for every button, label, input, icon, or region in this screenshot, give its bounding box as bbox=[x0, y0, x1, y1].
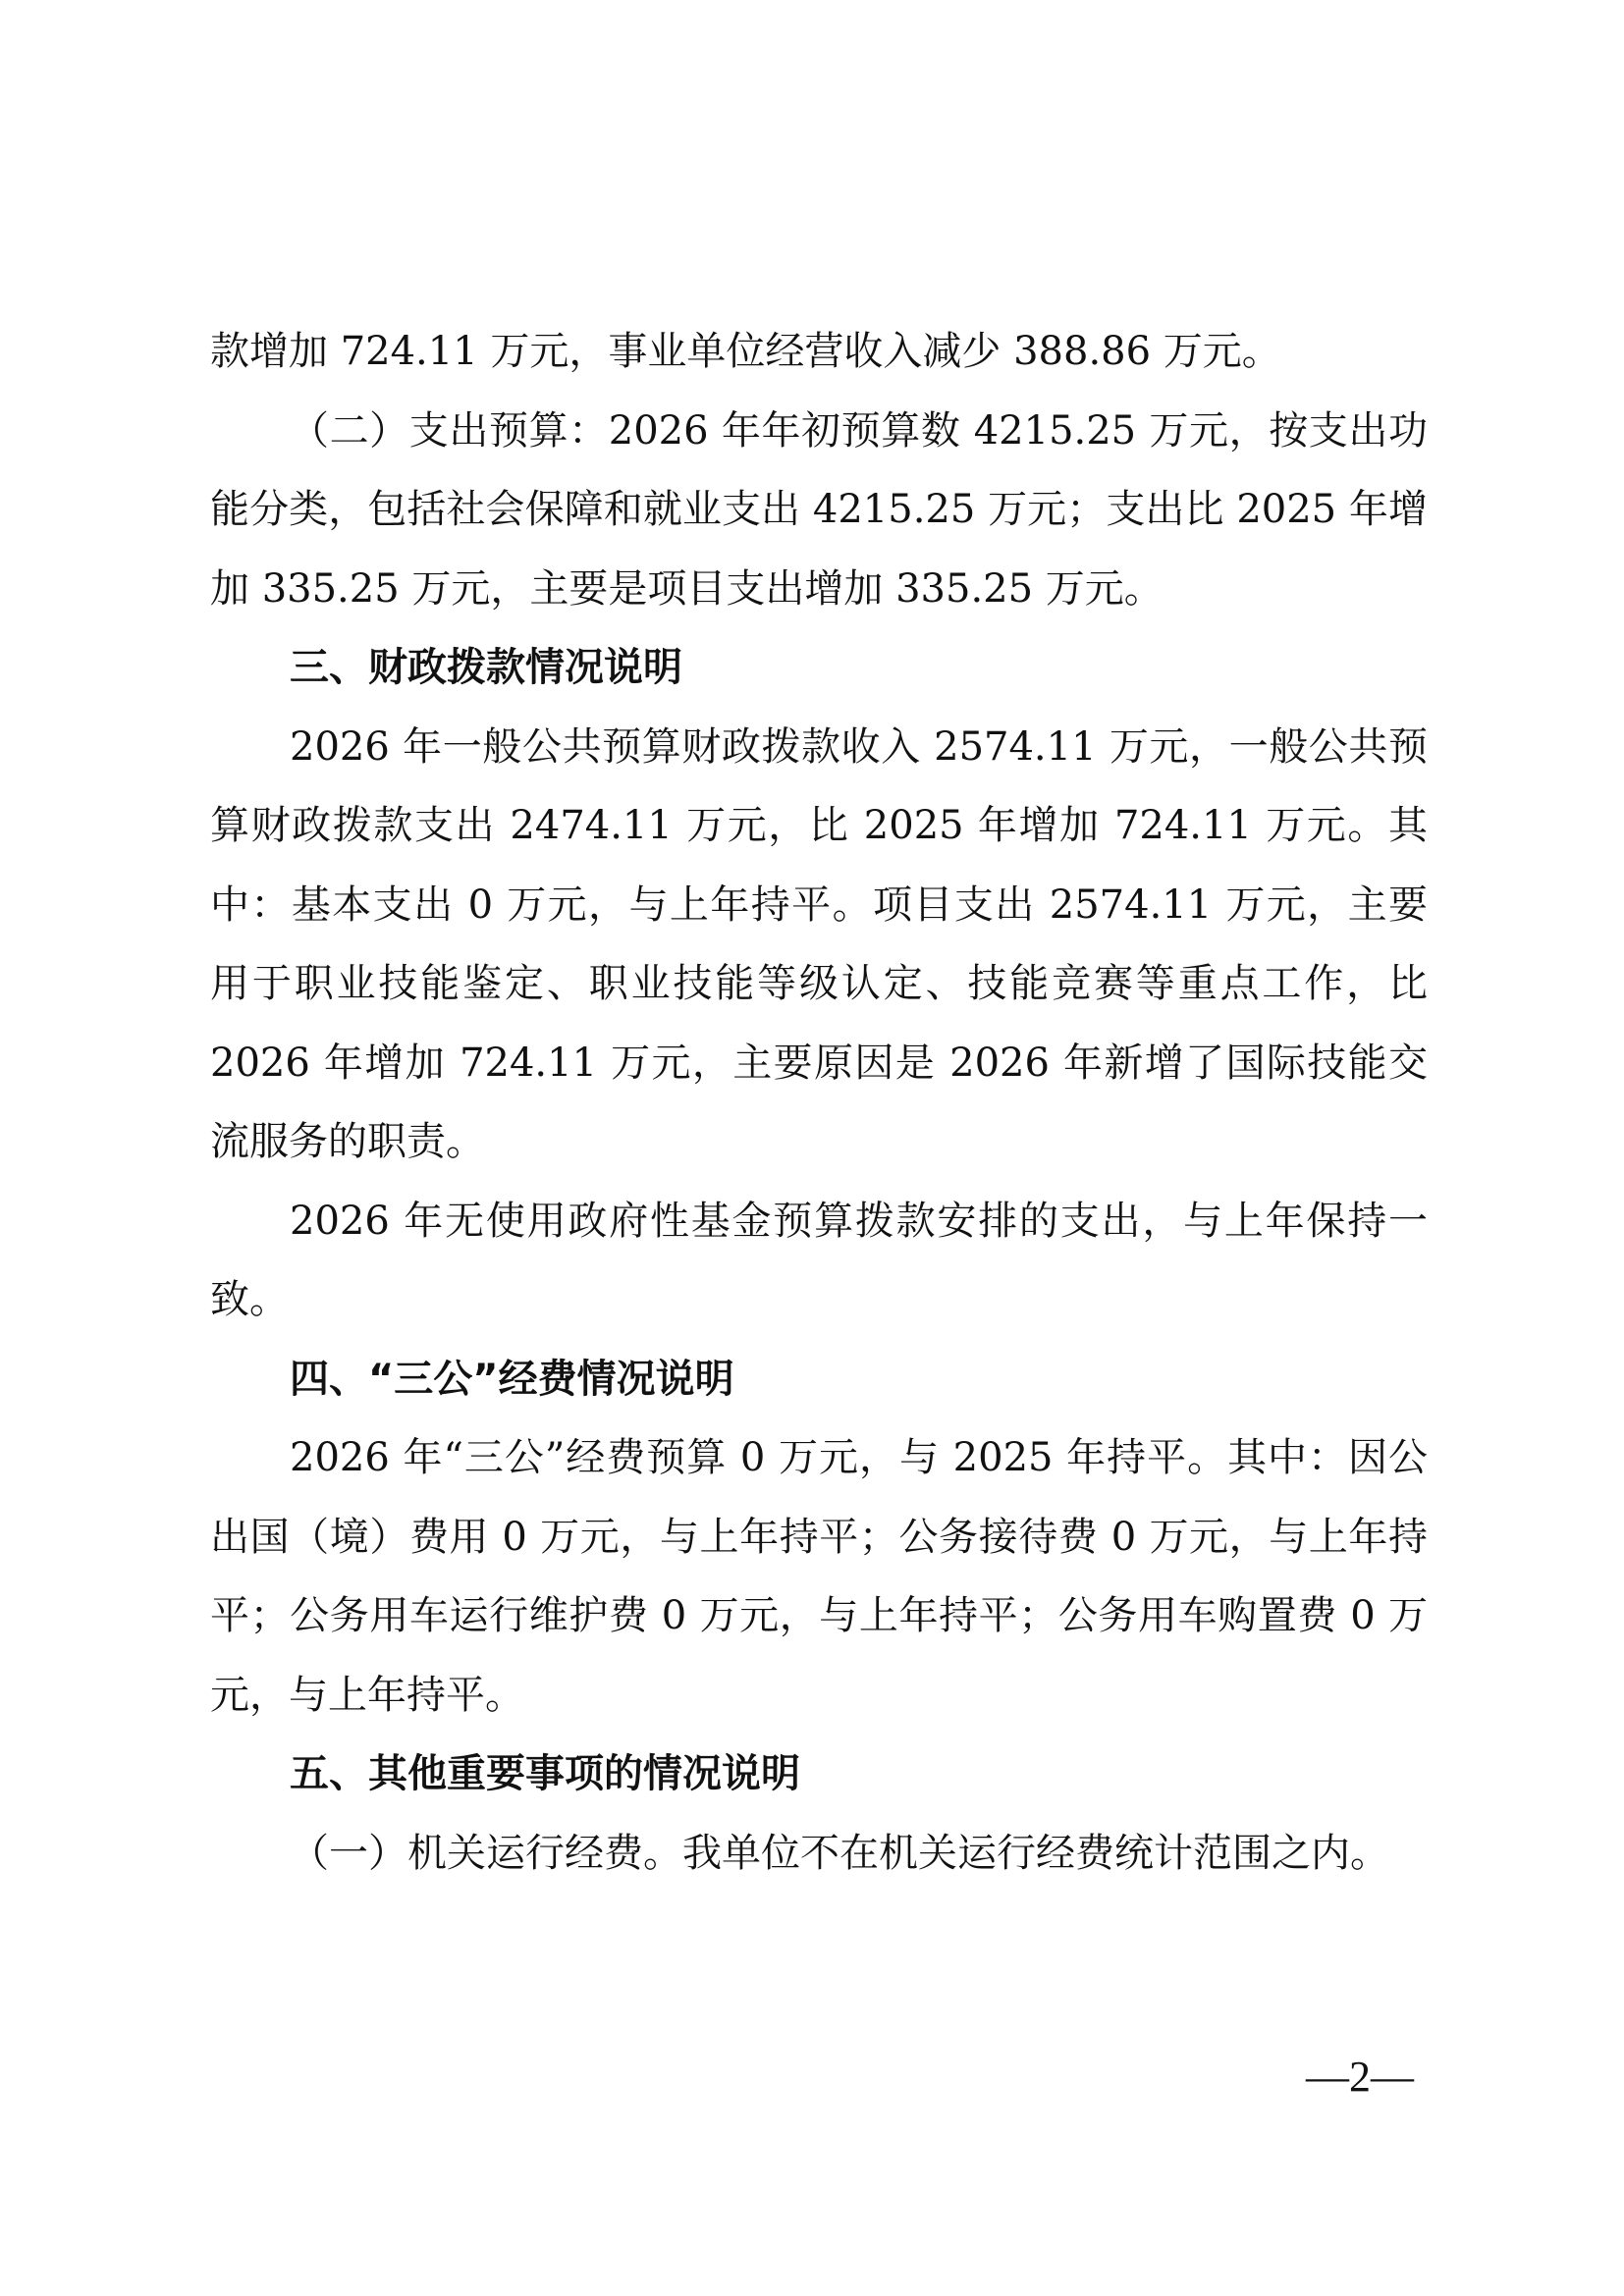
section-heading-other-matters: 五、其他重要事项的情况说明 bbox=[210, 1735, 1428, 1814]
paragraph-three-public-expenses: 2026 年“三公”经费预算 0 万元，与 2025 年持平。其中：因公出国（境… bbox=[210, 1418, 1428, 1735]
paragraph-expenditure-budget: （二）支出预算：2026 年年初预算数 4215.25 万元，按支出功能分类，包… bbox=[210, 392, 1428, 629]
document-body: 款增加 724.11 万元，事业单位经营收入减少 388.86 万元。 （二）支… bbox=[210, 312, 1428, 1893]
section-heading-fiscal-appropriation: 三、财政拨款情况说明 bbox=[210, 628, 1428, 708]
paragraph-income-continued: 款增加 724.11 万元，事业单位经营收入减少 388.86 万元。 bbox=[210, 312, 1428, 392]
paragraph-general-public-budget: 2026 年一般公共预算财政拨款收入 2574.11 万元，一般公共预算财政拨款… bbox=[210, 708, 1428, 1182]
paragraph-operating-expenses: （一）机关运行经费。我单位不在机关运行经费统计范围之内。 bbox=[210, 1814, 1428, 1894]
page-number: —2— bbox=[1306, 2052, 1414, 2102]
paragraph-government-fund: 2026 年无使用政府性基金预算拨款安排的支出，与上年保持一致。 bbox=[210, 1182, 1428, 1340]
section-heading-three-public-expenses: 四、“三公”经费情况说明 bbox=[210, 1340, 1428, 1419]
